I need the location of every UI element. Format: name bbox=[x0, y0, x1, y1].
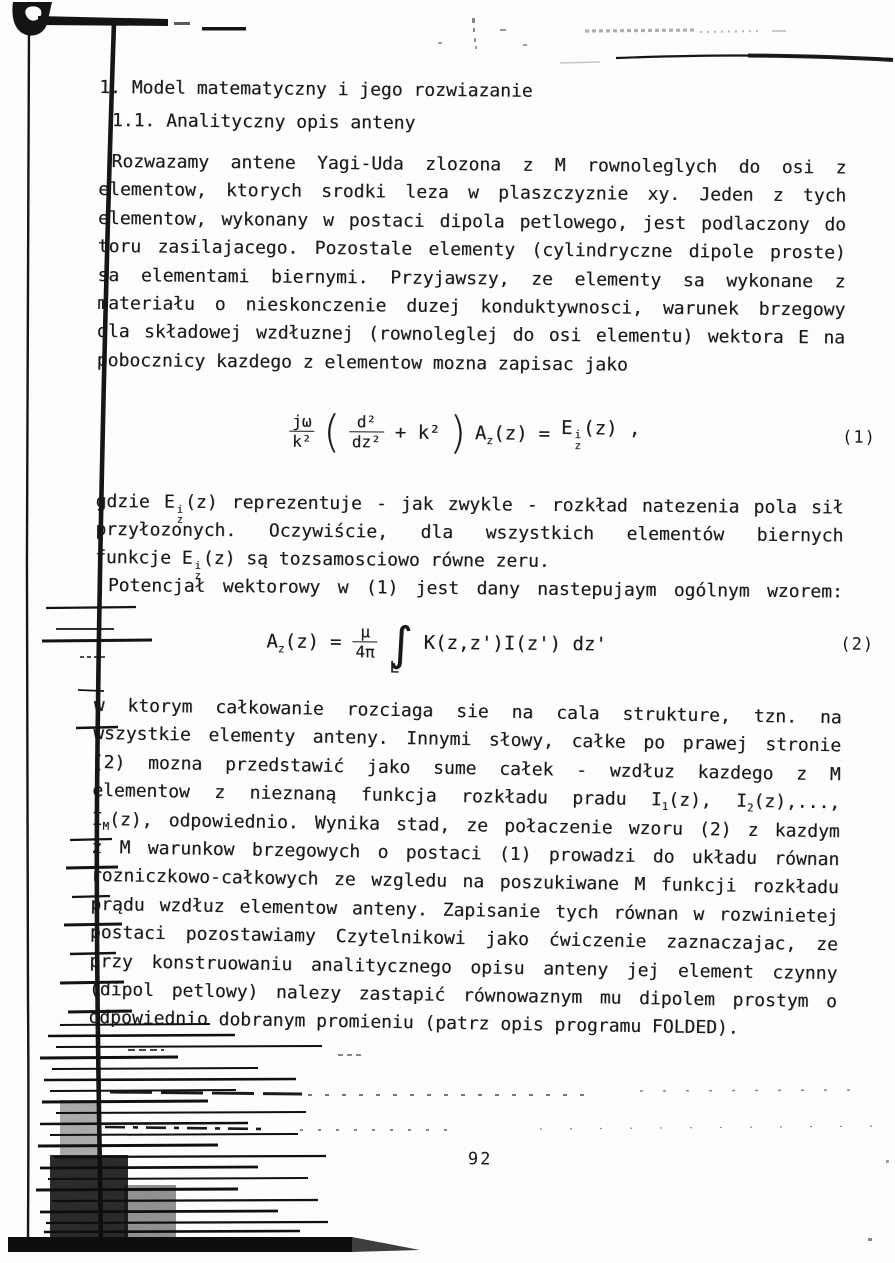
integral-sign: ∫L bbox=[389, 623, 413, 662]
page-number: 92 bbox=[468, 1149, 493, 1169]
equation-1-label: (1) bbox=[842, 427, 876, 447]
fraction-numerator: μ bbox=[357, 623, 373, 642]
section-heading: 1. Model matematyczny i jego rozwiazanie bbox=[99, 78, 533, 102]
vector-potential-term: Az(z) bbox=[266, 630, 319, 652]
fraction-numerator: d² bbox=[354, 413, 379, 432]
fraction-derivative: d²dz² bbox=[349, 413, 384, 452]
integral-limit: L bbox=[389, 657, 399, 676]
scanned-document-page: 1. Model matematyczny i jego rozwiazanie… bbox=[0, 0, 895, 1263]
fraction-coefficient: jωk² bbox=[289, 412, 315, 451]
equals-sign: = bbox=[538, 423, 550, 445]
field-term: Eiz(z) , bbox=[561, 417, 641, 453]
plus-term: + k² bbox=[395, 422, 441, 444]
document-text: 1. Model matematyczny i jego rozwiazanie… bbox=[89, 0, 848, 1263]
equation-2-label: (2) bbox=[840, 634, 874, 654]
fraction-denominator: k² bbox=[289, 431, 314, 452]
left-paren: ( bbox=[323, 410, 340, 454]
paragraph-explanation: gdzie Eiz(z) reprezentuje - jak zwykle -… bbox=[95, 488, 844, 607]
right-paren: ) bbox=[449, 411, 466, 455]
equation-2: Az(z) = μ4π ∫L K(z,z')I(z') dz' bbox=[266, 607, 607, 678]
equation-1: jωk² ( d²dz² + k² ) Az(z) = Eiz(z) , bbox=[289, 398, 641, 469]
fraction-mu: μ4π bbox=[352, 623, 378, 662]
fraction-denominator: dz² bbox=[349, 431, 384, 452]
paragraph-intro: Rozwazamy antene Yagi-Uda zlozona z M ro… bbox=[97, 148, 847, 382]
paragraph-discussion: w ktorym całkowanie rozciaga sie na cala… bbox=[88, 692, 842, 1045]
subsection-heading: 1.1. Analityczny opis anteny bbox=[99, 111, 416, 134]
equals-sign: = bbox=[330, 631, 342, 653]
integrand: K(z,z')I(z') dz' bbox=[424, 632, 607, 656]
fraction-denominator: 4π bbox=[352, 641, 377, 662]
fraction-numerator: jω bbox=[289, 412, 314, 431]
vector-potential-term: Az(z) bbox=[475, 422, 528, 444]
text-line: Potencjał wektorowy w (1) jest dany nast… bbox=[95, 572, 843, 607]
